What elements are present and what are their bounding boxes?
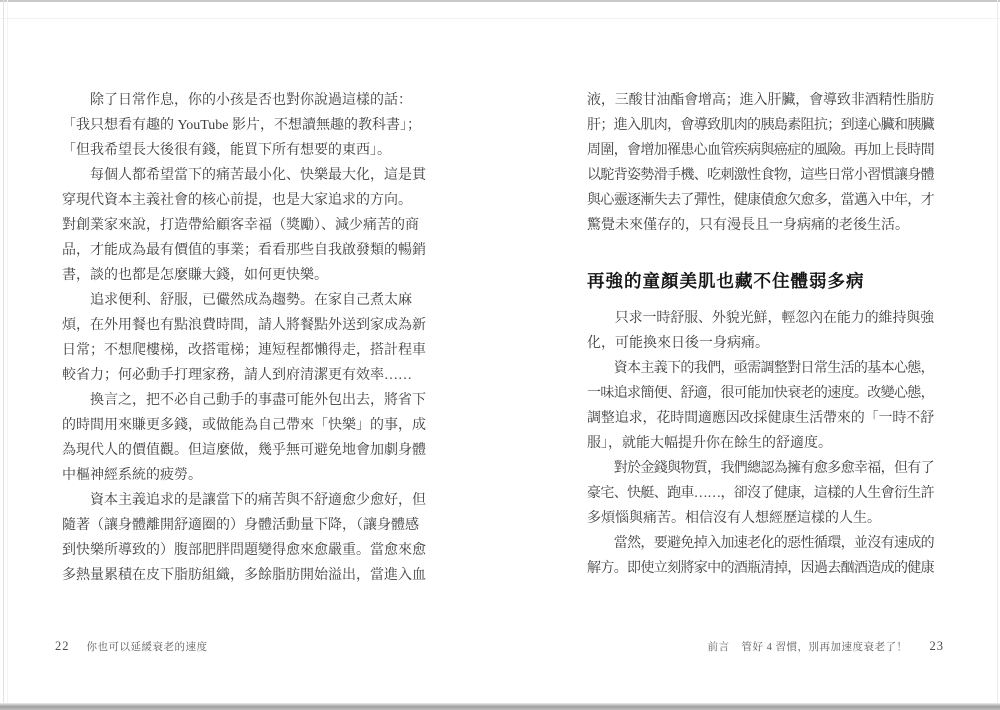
text-line: 換言之，把不必自己動手的事盡可能外包出去，將省下 [62,388,438,413]
text-line: 資本主義追求的是讓當下的痛苦與不舒適愈少愈好，但 [62,488,438,513]
text-line: 除了日常作息，你的小孩是否也對你說過這樣的話： [62,88,438,113]
running-chapter-title: 管好 4 習慣，別再加速度衰老了！ [742,639,908,654]
text-line: 化，可能換來日後一身病痛。 [587,331,934,356]
text-line: 書，談的也都是怎麼賺大錢，如何更快樂。 [62,263,438,288]
text-line: 「我只想看有趣的 YouTube 影片，不想讀無趣的教科書」； [62,113,438,138]
text-line: 一味追求簡便、舒適，很可能加快衰老的速度。改變心態， [587,381,934,406]
book-spread: 除了日常作息，你的小孩是否也對你說過這樣的話：「我只想看有趣的 YouTube … [0,0,1000,710]
text-line: 較省力；何必動手打理家務，請人到府清潔更有效率…… [62,363,438,388]
text-line: 為現代人的價值觀。但這麼做，幾乎無可避免地會加劇身體 [62,438,438,463]
text-line: 與心靈逐漸失去了彈性，健康債愈欠愈多，當邁入中年，才 [587,188,934,213]
scan-edge-left [3,0,4,703]
right-page-text-column: 液，三酸甘油酯會增高；進入肝臟，會導致非酒精性脂肪肝；進入肌肉，會導致肌肉的胰島… [587,88,934,581]
text-line: 以駝背姿勢滑手機、吃刺激性食物，這些日常小習慣讓身體 [587,163,934,188]
text-line: 服」，就能大幅提升你在餘生的舒適度。 [587,431,934,456]
text-line: 到快樂所導致的）腹部肥胖問題變得愈來愈嚴重。當愈來愈 [62,538,438,563]
text-line: 豪宅、快艇、跑車……，卻沒了健康，這樣的人生會衍生許 [587,481,934,506]
text-line: 液，三酸甘油酯會增高；進入肝臟，會導致非酒精性脂肪 [587,88,934,113]
text-line: 解方。即使立刻將家中的酒瓶清掉，因過去酗酒造成的健康 [587,556,934,581]
text-line: 的時間用來賺更多錢，或做能為自己帶來「快樂」的事，成 [62,413,438,438]
text-line: 日常；不想爬樓梯，改搭電梯；連短程都懶得走，搭計程車 [62,338,438,363]
text-line: 追求便利、舒服，已儼然成為趨勢。在家自己煮太麻 [62,288,438,313]
scan-edge-top-faint [0,18,1000,19]
text-line: 肝；進入肌肉，會導致肌肉的胰島素阻抗；到達心臟和胰臟 [587,113,934,138]
text-line: 中樞神經系統的疲勞。 [62,463,438,488]
text-line: 「但我希望長大後很有錢，能買下所有想要的東西」。 [62,138,438,163]
text-line: 對於金錢與物質，我們總認為擁有愈多愈幸福，但有了 [587,456,934,481]
text-line: 周圍，會增加罹患心血管疾病與癌症的風險。再加上長時間 [587,138,934,163]
text-line: 驚覺未來僅存的，只有漫長且一身病痛的老後生活。 [587,213,934,238]
left-page-footer: 22 你也可以延緩衰老的速度 [55,639,208,654]
text-line: 多熱量累積在皮下脂肪組織，多餘脂肪開始溢出，當進入血 [62,563,438,588]
scan-edge-right [997,0,998,703]
text-line: 每個人都希望當下的痛苦最小化、快樂最大化，這是貫 [62,163,438,188]
text-line: 資本主義下的我們，亟需調整對日常生活的基本心態， [587,356,934,381]
text-line: 品，才能成為最有價值的事業；看看那些自我啟發類的暢銷 [62,238,438,263]
left-page-number: 22 [55,639,70,654]
scan-edge-left-faint [7,0,8,703]
scan-edge-bottom [0,703,1000,710]
right-page-footer: 前言 管好 4 習慣，別再加速度衰老了！ 23 [708,639,945,654]
text-line: 只求一時舒服、外貌光鮮，輕忽內在能力的維持與強 [587,306,934,331]
text-line: 當然，要避免掉入加速老化的惡性循環，並沒有速成的 [587,531,934,556]
text-line: 穿現代資本主義社會的核心前提，也是大家追求的方向。 [62,188,438,213]
text-line: 調整追求，花時間適應因改採健康生活帶來的「一時不舒 [587,406,934,431]
section-heading: 再強的童顏美肌也藏不住體弱多病 [587,269,934,293]
text-line: 多煩惱與痛苦。相信沒有人想經歷這樣的人生。 [587,506,934,531]
scan-edge-top [0,0,1000,2]
text-line: 煩，在外用餐也有點浪費時間，請人將餐點外送到家成為新 [62,313,438,338]
text-line: 隨著（讓身體離開舒適圈的）身體活動量下降，（讓身體感 [62,513,438,538]
right-page-number: 23 [930,639,945,654]
running-book-title: 你也可以延緩衰老的速度 [87,639,208,654]
text-line: 對創業家來說，打造帶給顧客幸福（獎勵）、減少痛苦的商 [62,213,438,238]
left-page-text-column: 除了日常作息，你的小孩是否也對你說過這樣的話：「我只想看有趣的 YouTube … [62,88,438,588]
running-chapter-label: 前言 [708,639,730,654]
